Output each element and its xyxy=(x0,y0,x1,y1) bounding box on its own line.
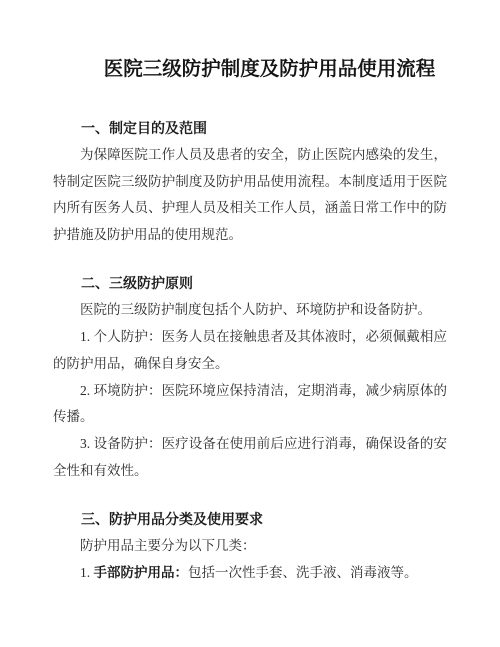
paragraph: 2. 环境防护：医院环境应保持清洁，定期消毒，减少病原体的传播。 xyxy=(53,378,447,432)
text-run: 包括一次性手套、洗手液、消毒液等。 xyxy=(188,565,418,580)
text-run: 为保障医院工作人员及患者的安全，防止医院内感染的发生，特制定医院三级防护制度及防… xyxy=(53,147,447,242)
section: 一、制定目的及范围为保障医院工作人员及患者的安全，防止医院内感染的发生，特制定医… xyxy=(53,115,447,249)
document-page: 医院三级防护制度及防护用品使用流程 一、制定目的及范围为保障医院工作人员及患者的… xyxy=(0,0,500,647)
text-run: 1. 个人防护：医务人员在接触患者及其体液时，必须佩戴相应的防护用品，确保自身安… xyxy=(53,329,447,371)
text-run: 3. 设备防护：医疗设备在使用前后应进行消毒，确保设备的安全性和有效性。 xyxy=(53,436,447,478)
paragraph: 1. 手部防护用品：包括一次性手套、洗手液、消毒液等。 xyxy=(53,560,447,587)
section-heading: 二、三级防护原则 xyxy=(53,270,447,297)
paragraph: 为保障医院工作人员及患者的安全，防止医院内感染的发生，特制定医院三级防护制度及防… xyxy=(53,142,447,249)
section-heading: 三、防护用品分类及使用要求 xyxy=(53,506,447,533)
document-sections: 一、制定目的及范围为保障医院工作人员及患者的安全，防止医院内感染的发生，特制定医… xyxy=(53,115,447,587)
paragraph: 医院的三级防护制度包括个人防护、环境防护和设备防护。 xyxy=(53,297,447,324)
paragraph: 3. 设备防护：医疗设备在使用前后应进行消毒，确保设备的安全性和有效性。 xyxy=(53,431,447,485)
document-title: 医院三级防护制度及防护用品使用流程 xyxy=(53,57,447,81)
text-run: 1. xyxy=(80,565,94,580)
section: 二、三级防护原则医院的三级防护制度包括个人防护、环境防护和设备防护。1. 个人防… xyxy=(53,270,447,484)
section: 三、防护用品分类及使用要求防护用品主要分为以下几类：1. 手部防护用品：包括一次… xyxy=(53,506,447,586)
section-heading: 一、制定目的及范围 xyxy=(53,115,447,142)
document-body: 医院三级防护制度及防护用品使用流程 一、制定目的及范围为保障医院工作人员及患者的… xyxy=(53,0,447,587)
paragraph: 1. 个人防护：医务人员在接触患者及其体液时，必须佩戴相应的防护用品，确保自身安… xyxy=(53,324,447,378)
text-run-bold: 手部防护用品： xyxy=(94,565,189,580)
paragraph: 防护用品主要分为以下几类： xyxy=(53,533,447,560)
text-run: 医院的三级防护制度包括个人防护、环境防护和设备防护。 xyxy=(80,302,431,317)
text-run: 2. 环境防护：医院环境应保持清洁，定期消毒，减少病原体的传播。 xyxy=(53,383,447,425)
text-run: 防护用品主要分为以下几类： xyxy=(80,538,256,553)
